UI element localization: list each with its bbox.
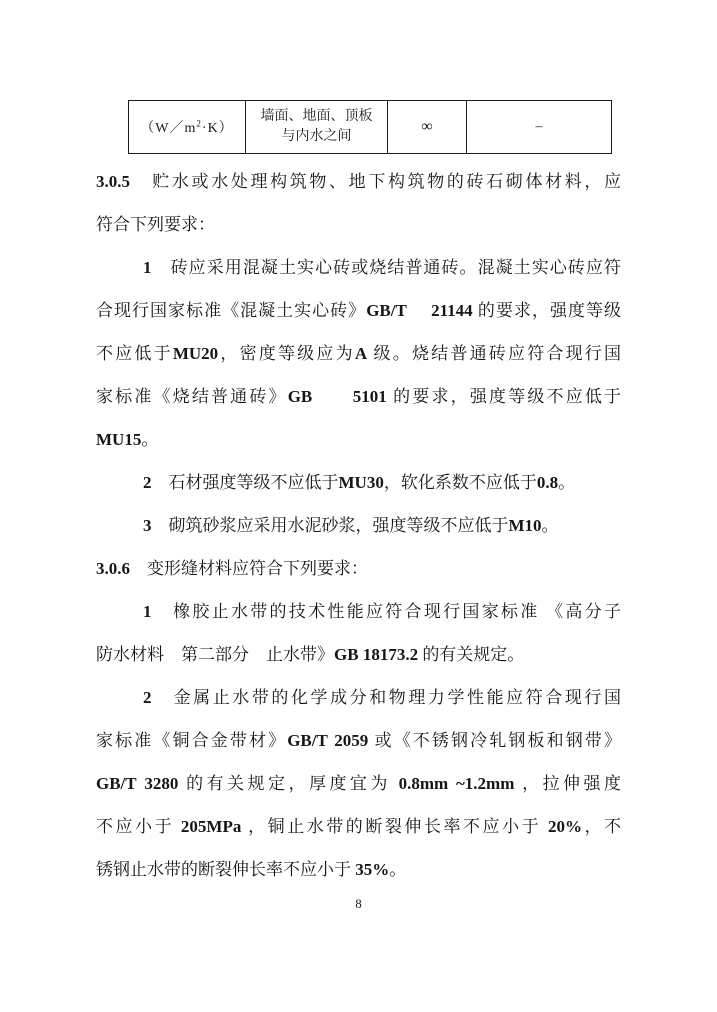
latin-text: GB [334,645,359,664]
latin-text: 1 [143,602,152,621]
latin-text: 3280 [144,774,178,793]
latin-text: 18173.2 [363,645,418,664]
latin-text: GB [288,387,313,406]
latin-text: 0.8 [537,473,558,492]
latin-text: GB/T [96,774,137,793]
latin-text: M10 [509,516,542,535]
latin-text: GB/T [366,301,407,320]
latin-text: 3.0.6 [96,559,130,578]
text-line: MU15。 [96,418,621,461]
table-cell-note: – [467,101,612,154]
latin-text: MU20 [173,344,218,363]
latin-text: 1 [143,258,152,277]
latin-text: 2059 [334,731,368,750]
text-line: 不应小于 205MPa ，铜止水带的断裂伸长率不应小于 20%，不 [96,805,621,848]
text-line: 符合下列要求： [96,203,621,246]
text-line: 防水材料 第二部分 止水带》GB 18173.2 的有关规定。 [96,633,621,676]
text-line: 2 金属止水带的化学成分和物理力学性能应符合现行国 [96,676,621,719]
location-line-2: 与内水之间 [248,127,385,147]
text-line: 锈钢止水带的断裂伸长率不应小于 35%。 [96,848,621,891]
latin-text: 5101 [353,387,387,406]
latin-text: 20% [548,817,582,836]
latin-text: MU15 [96,430,141,449]
unit-prefix: （W／m [140,121,196,136]
text-line: 3.0.6 变形缝材料应符合下列要求： [96,547,621,590]
table-cell-value: ∞ [388,101,467,154]
text-line: 不应低于MU20，密度等级应为A 级。烧结普通砖应符合现行国 [96,332,621,375]
text-line: 家标准《铜合金带材》GB/T 2059 或《不锈钢冷轧钢板和钢带》 [96,719,621,762]
latin-text: GB/T [287,731,328,750]
latin-text: 0.8mm [399,774,449,793]
latin-text: A [355,344,367,363]
latin-text: 3.0.5 [96,172,130,191]
text-line: 3 砌筑砂浆应采用水泥砂浆，强度等级不应低于M10。 [96,504,621,547]
table-row: （W／m2·K） 墙面、地面、顶板 与内水之间 ∞ – [129,101,612,154]
document-body: 3.0.5 贮水或水处理构筑物、地下构筑物的砖石砌体材料，应符合下列要求：1 砖… [96,160,621,891]
text-line: 1 橡胶止水带的技术性能应符合现行国家标准 《高分子 [96,590,621,633]
text-line: 2 石材强度等级不应低于MU30，软化系数不应低于0.8。 [96,461,621,504]
text-line: GB/T 3280 的有关规定，厚度宜为 0.8mm ~1.2mm ，拉伸强度 [96,762,621,805]
latin-text: ~1.2mm [456,774,514,793]
page-number: 8 [96,896,621,912]
text-line: 家标准《烧结普通砖》GB 5101 的要求，强度等级不应低于 [96,375,621,418]
unit-suffix: ·K） [202,121,234,136]
latin-text: 35% [355,860,389,879]
latin-text: MU30 [339,473,384,492]
data-table: （W／m2·K） 墙面、地面、顶板 与内水之间 ∞ – [128,100,612,154]
text-line: 1 砖应采用混凝土实心砖或烧结普通砖。混凝土实心砖应符 [96,246,621,289]
location-line-1: 墙面、地面、顶板 [248,107,385,127]
latin-text: 205MPa [181,817,241,836]
text-line: 3.0.5 贮水或水处理构筑物、地下构筑物的砖石砌体材料，应 [96,160,621,203]
latin-text: 3 [143,516,152,535]
table-cell-location: 墙面、地面、顶板 与内水之间 [246,101,388,154]
text-line: 合现行国家标准《混凝土实心砖》GB/T 21144 的要求，强度等级 [96,289,621,332]
latin-text: 2 [143,473,152,492]
latin-text: 21144 [431,301,473,320]
table-cell-unit: （W／m2·K） [129,101,246,154]
latin-text: 2 [143,688,152,707]
document-page: （W／m2·K） 墙面、地面、顶板 与内水之间 ∞ – 3.0.5 贮水或水处理… [0,0,717,1012]
